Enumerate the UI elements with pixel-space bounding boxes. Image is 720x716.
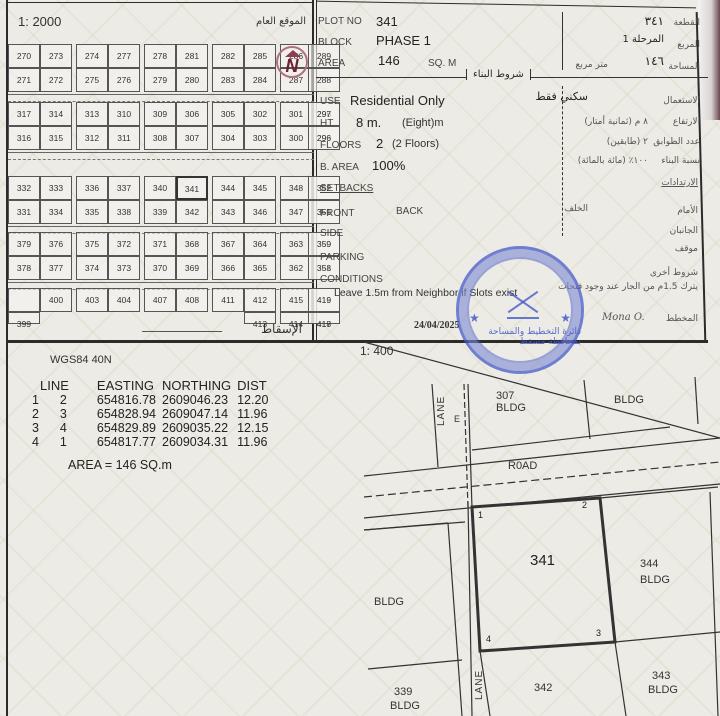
building-area-value: 100%: [372, 158, 405, 173]
area-ar-label: المساحة: [668, 62, 700, 72]
setbacks-label: SETBACKS: [320, 183, 373, 194]
key-map-plot: 404: [108, 288, 140, 312]
easting: 654829.89: [75, 421, 162, 435]
bldg-top-right: BLDG: [614, 394, 644, 406]
key-map-plot: 374: [76, 256, 108, 280]
floors-ar-value: ٢ (طابقين): [607, 137, 648, 147]
key-map-plot: 285: [244, 44, 276, 68]
front-ar-label: الأمام: [677, 206, 698, 216]
plot-307-bldg: BLDG: [496, 402, 526, 414]
north-arrow-icon: N: [276, 46, 308, 78]
use-value: Residential Only: [350, 93, 445, 108]
key-map-plot: 368: [176, 232, 208, 256]
northing: 2609047.14: [162, 407, 237, 421]
site-plan-drawing: [350, 342, 720, 716]
use-ar-value: سكني فقط: [535, 90, 588, 103]
block-value: PHASE 1: [376, 33, 431, 48]
table-row: 41654817.772609034.3111.96: [32, 435, 274, 449]
height-label: HT: [320, 118, 333, 129]
key-map-plot: 308: [144, 126, 176, 150]
corner-3: 3: [596, 628, 601, 638]
back-ar-label: الخلف: [565, 204, 588, 214]
key-map-plot: 270: [8, 44, 40, 68]
key-map-plot: 307: [176, 126, 208, 150]
front-label: FRONT: [320, 208, 354, 219]
col-line: LINE: [32, 378, 75, 393]
area-ar-value: ١٤٦: [645, 54, 664, 68]
key-map-plot: 335: [76, 200, 108, 224]
key-map-plot: 305: [212, 102, 244, 126]
line-from: 1: [32, 393, 46, 407]
coordinates-table: LINE EASTING NORTHING DIST 12654816.7826…: [32, 378, 274, 449]
line-to: 4: [46, 421, 75, 435]
col-dist: DIST: [237, 378, 274, 393]
key-map-panel: 1: 2000 الموقع العام 2702712732722742752…: [8, 6, 314, 340]
key-map-plot: 283: [212, 68, 244, 92]
key-map-plot: 364: [244, 232, 276, 256]
key-map-road: [8, 152, 314, 160]
key-map-plot: 341: [176, 176, 208, 200]
projection-label: الإسقاط: [261, 322, 302, 336]
key-map-plot: 333: [40, 176, 72, 200]
setbacks-ar-label: الارتدادات: [661, 178, 698, 188]
key-map-plot: 369: [176, 256, 208, 280]
divider-mid: [562, 86, 563, 236]
key-map-plot: 331: [8, 200, 40, 224]
key-map-plot: 280: [176, 68, 208, 92]
key-map-plot: 342: [176, 200, 208, 224]
building-area-ar-label: نسبة البناء: [661, 156, 700, 166]
key-map-plot: 310: [108, 102, 140, 126]
area-value: 146: [378, 53, 400, 68]
northing: 2609046.23: [162, 393, 237, 407]
area-unit-ar: متر مربع: [576, 60, 608, 70]
key-map-plot: 403: [76, 288, 108, 312]
northing: 2609034.31: [162, 435, 237, 449]
plot-344-bldg: BLDG: [640, 574, 670, 586]
divider-top: [562, 12, 563, 70]
key-map-plot: [8, 288, 40, 312]
key-map-plots: 2702712732722742752772762782792812802822…: [8, 36, 314, 316]
height-ar-label: الارتفاع: [673, 117, 700, 127]
site-plan-panel: 1: 400: [350, 342, 720, 716]
key-map-plot: 277: [108, 44, 140, 68]
col-northing: NORTHING: [162, 378, 237, 393]
key-map-plot: 344: [212, 176, 244, 200]
key-map-plot: 373: [108, 256, 140, 280]
area-label: AREA: [318, 58, 345, 69]
block-ar-label: المربع: [677, 40, 700, 50]
issue-date: 24/04/2025: [414, 320, 460, 331]
key-map-plot: 372: [108, 232, 140, 256]
table-row: 34654829.892609035.2212.15: [32, 421, 274, 435]
road-label: R0AD: [508, 460, 537, 472]
northing: 2609035.22: [162, 421, 237, 435]
side-ar-label: الجانبان: [670, 226, 698, 236]
distance: 11.96: [237, 435, 274, 449]
easting: 654828.94: [75, 407, 162, 421]
distance: 12.15: [237, 421, 274, 435]
planner-signature: Mona O.: [602, 312, 645, 323]
key-map-plot: 371: [144, 232, 176, 256]
table-header: LINE EASTING NORTHING DIST: [32, 378, 274, 393]
easting: 654816.78: [75, 393, 162, 407]
key-map-plot: 313: [76, 102, 108, 126]
key-map-plot: 339: [144, 200, 176, 224]
height-words: (Eight)m: [402, 117, 444, 129]
key-map-plot: 399: [8, 312, 40, 324]
plot-no-ar-value: ٣٤١: [645, 14, 664, 28]
plot-341-label: 341: [530, 552, 555, 569]
table-row: 23654828.942609047.1411.96: [32, 407, 274, 421]
conditions-label: CONDITIONS: [320, 274, 383, 285]
key-map-plot: 303: [244, 126, 276, 150]
height-value: 8 m.: [356, 115, 381, 130]
plot-339-bldg: BLDG: [390, 700, 420, 712]
block-ar-value: المرحلة 1: [622, 34, 664, 45]
key-map-plot: 273: [40, 44, 72, 68]
plot-no-value: 341: [376, 14, 398, 29]
corner-4: 4: [486, 634, 491, 644]
key-map-plot: 375: [76, 232, 108, 256]
plot-343-label: 343: [652, 670, 670, 682]
key-map-plot: 378: [8, 256, 40, 280]
key-map-plot: 346: [244, 200, 276, 224]
key-map-plot: 340: [144, 176, 176, 200]
floors-value: 2: [376, 136, 383, 151]
key-map-plot: 279: [144, 68, 176, 92]
key-map-plot: 304: [212, 126, 244, 150]
key-map-plot: 332: [8, 176, 40, 200]
khanjar-emblem-icon: [507, 289, 539, 319]
line-to: 3: [46, 407, 75, 421]
key-map-plot: 408: [176, 288, 208, 312]
key-map-plot: 412: [244, 288, 276, 312]
key-map-plot: 336: [76, 176, 108, 200]
key-map-plot: 366: [212, 256, 244, 280]
signature-mark: [142, 326, 224, 332]
key-map-plot: 367: [212, 232, 244, 256]
planner-ar-label: المخطط: [666, 314, 698, 324]
key-map-plot: 282: [212, 44, 244, 68]
area-unit: SQ. M: [428, 58, 456, 69]
key-map-plot: 311: [108, 126, 140, 150]
parking-ar-label: موقف: [675, 244, 698, 254]
bldg-left: BLDG: [374, 596, 404, 608]
key-map-plot: 377: [40, 256, 72, 280]
floors-ar-label: عدد الطوابق: [653, 137, 700, 147]
key-map-plot: 338: [108, 200, 140, 224]
building-conditions-title: شروط البناء: [466, 69, 531, 80]
key-map-plot: 271: [8, 68, 40, 92]
parking-label: PARKING: [320, 252, 364, 263]
plot-339-label: 339: [394, 686, 412, 698]
e-label: E: [454, 414, 460, 424]
key-map-plot: 312: [76, 126, 108, 150]
key-map-plot: 379: [8, 232, 40, 256]
datum-label: WGS84 40N: [50, 354, 112, 366]
key-map-plot: 278: [144, 44, 176, 68]
key-map-plot: 315: [40, 126, 72, 150]
block-label: BLOCK: [318, 37, 352, 48]
key-map-plot: 400: [40, 288, 72, 312]
area-total: AREA = 146 SQ.m: [68, 458, 172, 472]
line-from: 2: [32, 407, 46, 421]
key-map-plot: 302: [244, 102, 276, 126]
key-map-plot: 284: [244, 68, 276, 92]
star-icon: ★: [469, 311, 480, 325]
key-map-plot: 337: [108, 176, 140, 200]
line-from: 4: [32, 435, 46, 449]
line-to: 1: [46, 435, 75, 449]
line-from: 3: [32, 421, 46, 435]
use-ar-label: الاستعمال: [663, 96, 700, 106]
key-map-plot: 272: [40, 68, 72, 92]
corner-2: 2: [582, 500, 587, 510]
line-to: 2: [46, 393, 75, 407]
back-label: BACK: [396, 206, 423, 217]
lane-label-top: LANE: [436, 396, 447, 426]
key-map-plot: 275: [76, 68, 108, 92]
key-map-road: [8, 94, 314, 102]
side-label: SIDE: [320, 228, 343, 239]
key-map-plot: 274: [76, 44, 108, 68]
plot-no-ar-label: القطعة: [674, 18, 700, 28]
key-map-plot: 317: [8, 102, 40, 126]
corner-1: 1: [478, 510, 483, 520]
table-row: 12654816.782609046.2312.20: [32, 393, 274, 407]
key-map-plot: 345: [244, 176, 276, 200]
col-easting: EASTING: [75, 378, 162, 393]
floors-label: FLOORS: [320, 140, 361, 151]
building-area-ar-value: ١٠٠٪ (مائة بالمائة): [578, 156, 648, 166]
plot-307-label: 307: [496, 390, 514, 402]
key-map-title: الموقع العام: [256, 16, 306, 27]
key-map-plot: 309: [144, 102, 176, 126]
use-label: USE: [320, 96, 341, 107]
plot-no-label: PLOT NO: [318, 16, 362, 27]
key-map-plot: 376: [40, 232, 72, 256]
key-map-plot: 276: [108, 68, 140, 92]
easting: 654817.77: [75, 435, 162, 449]
key-map-plot: 343: [212, 200, 244, 224]
key-map-plot: 370: [144, 256, 176, 280]
plot-344-label: 344: [640, 558, 658, 570]
lane-label-bottom: LANE: [474, 670, 485, 700]
key-map-plot: 306: [176, 102, 208, 126]
plot-343-bldg: BLDG: [648, 684, 678, 696]
star-icon: ★: [560, 311, 571, 325]
building-area-label: B. AREA: [320, 162, 359, 173]
key-map-scale: 1: 2000: [18, 14, 61, 29]
key-map-plot: 411: [212, 288, 244, 312]
distance: 11.96: [237, 407, 274, 421]
key-map-plot: 365: [244, 256, 276, 280]
coordinates-panel: WGS84 40N LINE EASTING NORTHING DIST 126…: [8, 342, 348, 716]
conditions-ar-label: شروط أخرى: [650, 268, 698, 278]
floors-words: (2 Floors): [392, 138, 439, 150]
height-ar-value: ٨ م (ثمانية أمتار): [584, 117, 648, 127]
key-map-plot: 314: [40, 102, 72, 126]
plot-342-label: 342: [534, 682, 552, 694]
frame-top: [6, 2, 312, 3]
key-map-plot: 407: [144, 288, 176, 312]
key-map-plot: 316: [8, 126, 40, 150]
key-map-plot: 334: [40, 200, 72, 224]
distance: 12.20: [237, 393, 274, 407]
key-map-plot: 281: [176, 44, 208, 68]
